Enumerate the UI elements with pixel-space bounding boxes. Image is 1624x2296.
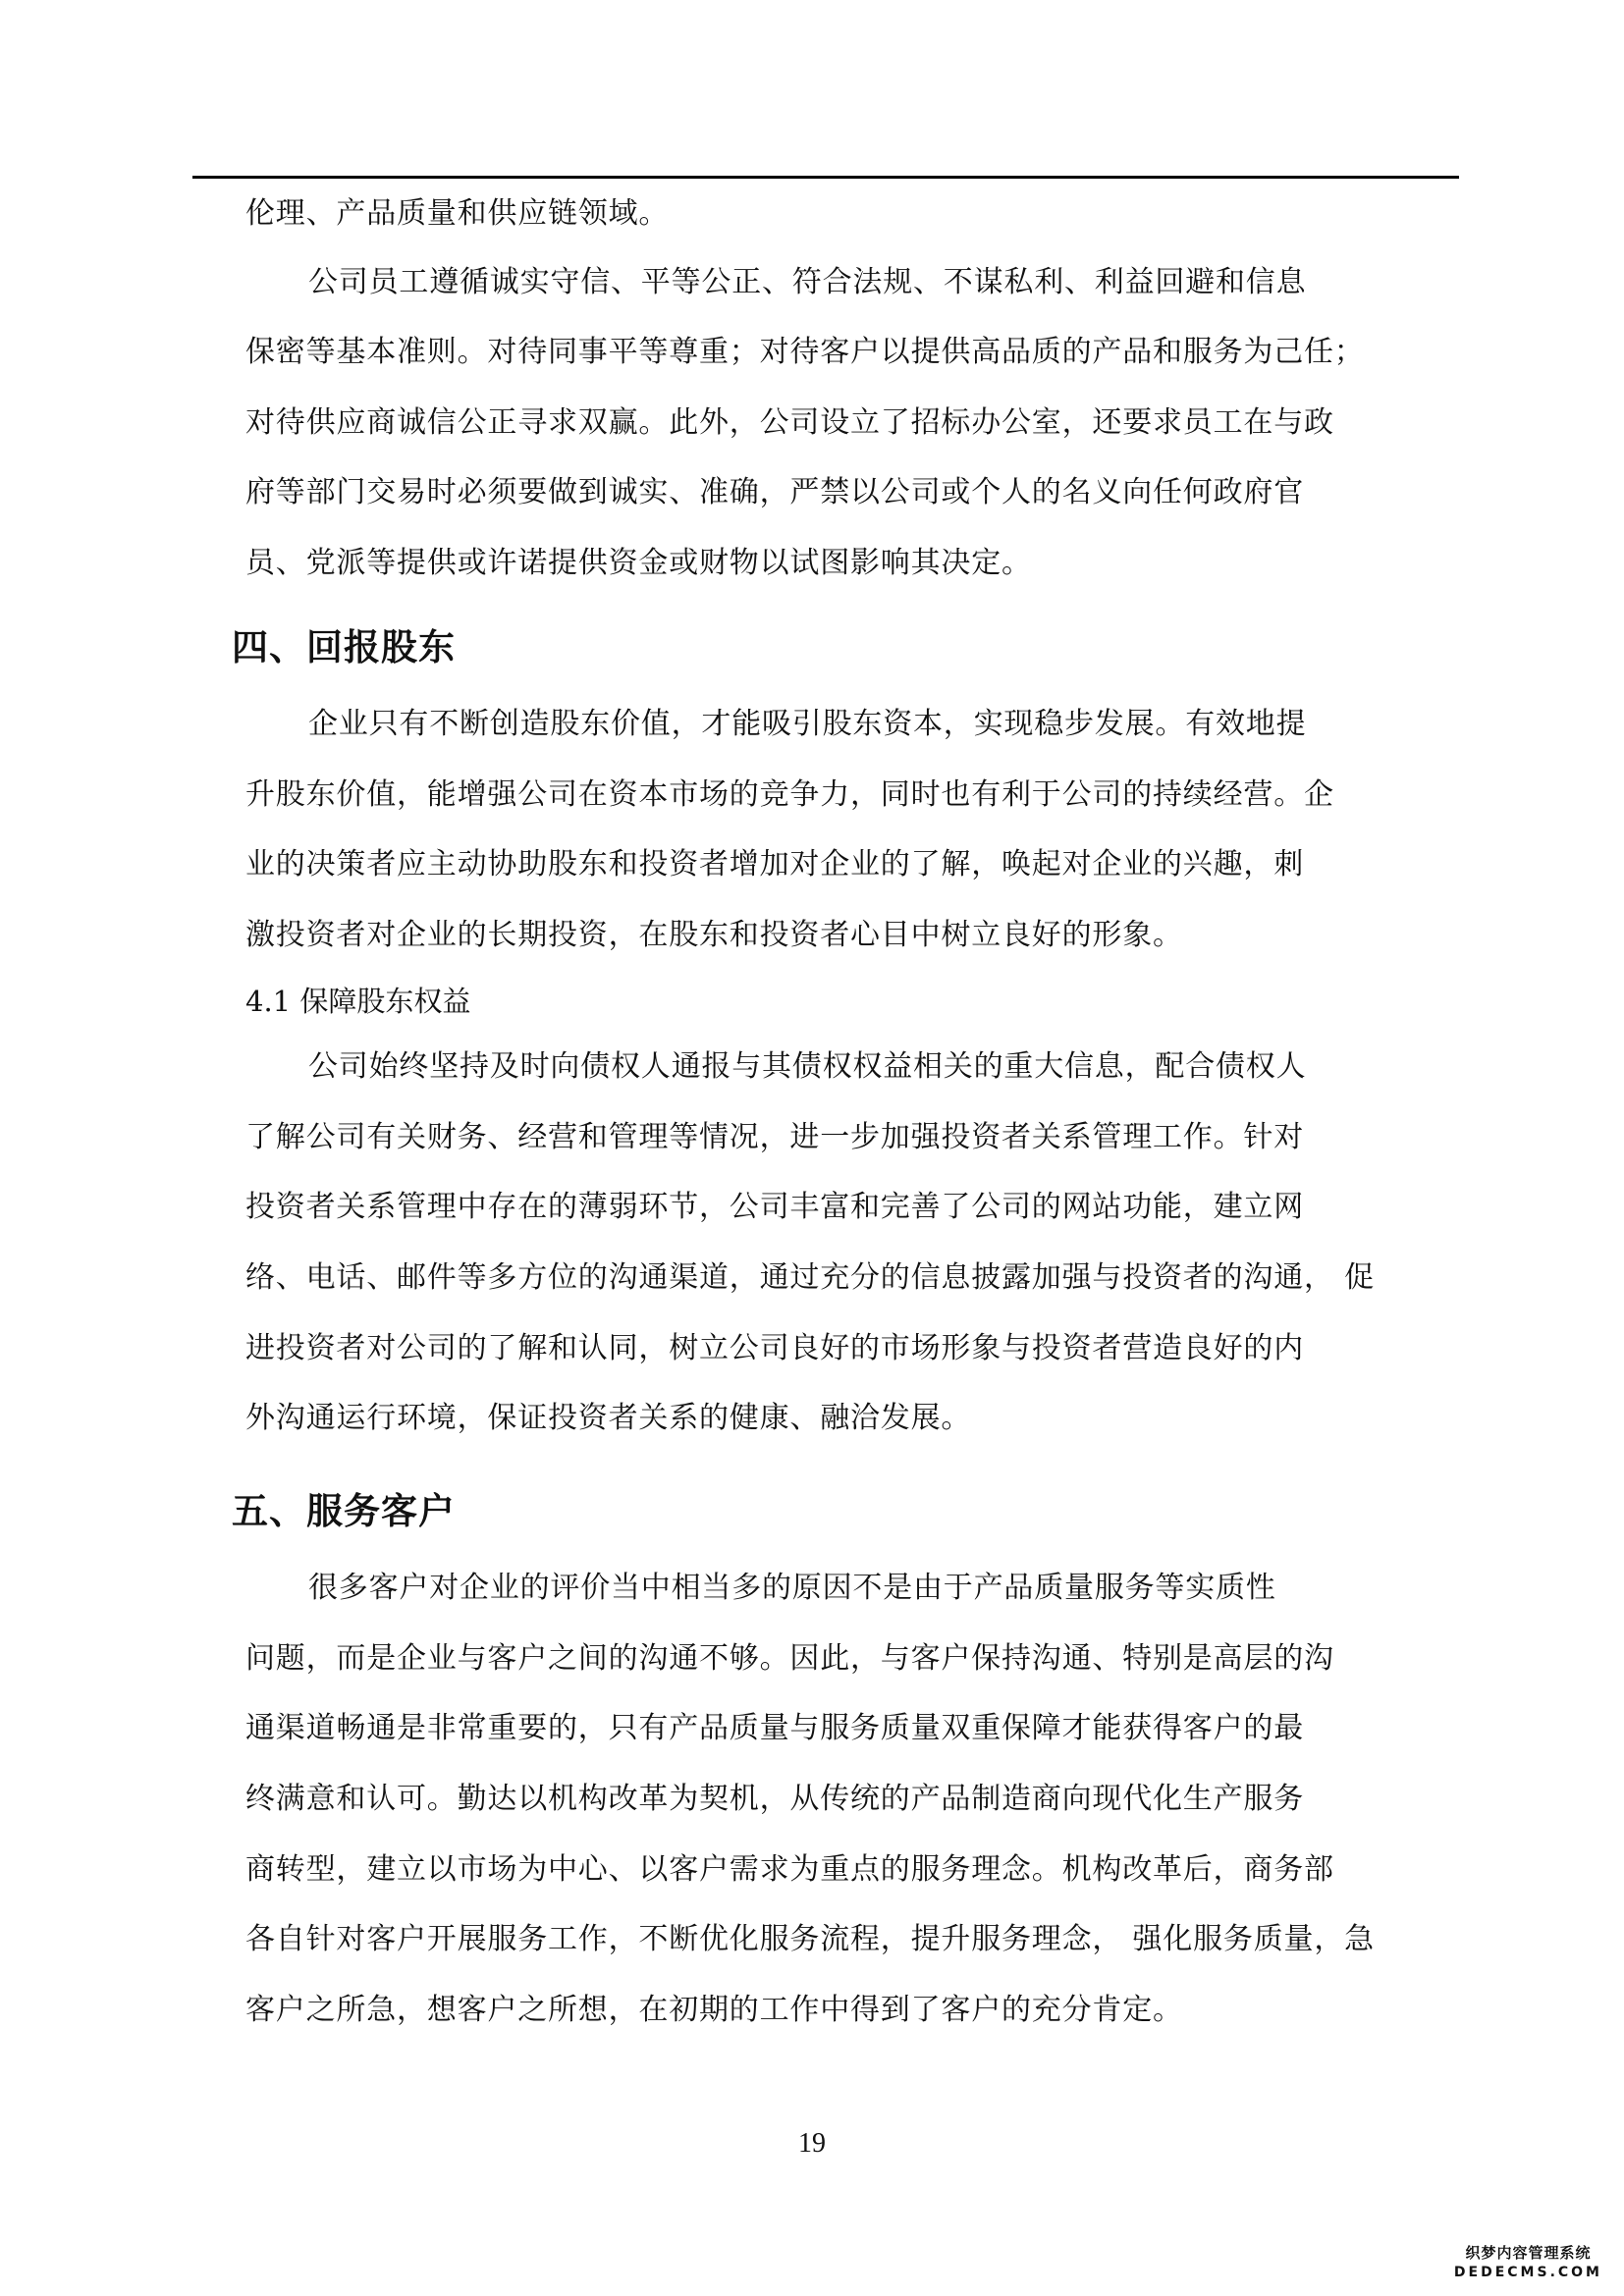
section-heading-4: 四、回报股东 xyxy=(232,626,456,669)
text-line: 对待供应商诚信公正寻求双赢。此外，公司设立了招标办公室，还要求员工在与政 xyxy=(245,403,1334,443)
text-line: 激投资者对企业的长期投资，在股东和投资者心目中树立良好的形象。 xyxy=(245,916,1183,955)
page-number: 19 xyxy=(0,2128,1624,2160)
text-line: 保密等基本准则。对待同事平等尊重；对待客户以提供高品质的产品和服务为己任； xyxy=(245,333,1365,372)
text-line: 府等部门交易时必须要做到诚实、准确，严禁以公司或个人的名义向任何政府官 xyxy=(245,473,1304,512)
text-line: 通渠道畅通是非常重要的，只有产品质量与服务质量双重保障才能获得客户的最 xyxy=(245,1709,1304,1748)
text-line: 公司员工遵循诚实守信、平等公正、符合法规、不谋私利、利益回避和信息 xyxy=(308,263,1306,302)
header-rule xyxy=(192,176,1459,179)
text-line: 各自针对客户开展服务工作，不断优化服务流程，提升服务理念， 强化服务质量，急 xyxy=(245,1920,1375,1959)
text-line: 伦理、产品质量和供应链领域。 xyxy=(245,194,669,234)
watermark: 织梦内容管理系统 DEDECMS.COM xyxy=(1454,2243,1602,2282)
text-line: 员、党派等提供或许诺提供资金或财物以试图影响其决定。 xyxy=(245,544,1032,583)
text-line: 外沟通运行环境，保证投资者关系的健康、融洽发展。 xyxy=(245,1399,971,1438)
text-line: 公司始终坚持及时向债权人通报与其债权权益相关的重大信息，配合债权人 xyxy=(308,1047,1306,1087)
text-line: 了解公司有关财务、经营和管理等情况，进一步加强投资者关系管理工作。针对 xyxy=(245,1118,1304,1157)
text-line: 商转型，建立以市场为中心、以客户需求为重点的服务理念。机构改革后，商务部 xyxy=(245,1850,1334,1890)
text-line: 很多客户对企业的评价当中相当多的原因不是由于产品质量服务等实质性 xyxy=(308,1569,1276,1608)
watermark-line-2: DEDECMS.COM xyxy=(1454,2263,1602,2282)
text-line: 终满意和认可。勤达以机构改革为契机，从传统的产品制造商向现代化生产服务 xyxy=(245,1780,1304,1819)
text-line: 企业只有不断创造股东价值，才能吸引股东资本，实现稳步发展。有效地提 xyxy=(308,705,1306,744)
section-heading-5: 五、服务客户 xyxy=(232,1490,456,1533)
text-line: 进投资者对公司的了解和认同，树立公司良好的市场形象与投资者营造良好的内 xyxy=(245,1329,1304,1368)
watermark-line-1: 织梦内容管理系统 xyxy=(1454,2243,1602,2263)
text-line: 问题，而是企业与客户之间的沟通不够。因此，与客户保持沟通、特别是高层的沟 xyxy=(245,1639,1334,1679)
text-line: 投资者关系管理中存在的薄弱环节，公司丰富和完善了公司的网站功能，建立网 xyxy=(245,1188,1304,1227)
text-line: 络、电话、邮件等多方位的沟通渠道，通过充分的信息披露加强与投资者的沟通， 促 xyxy=(245,1258,1375,1298)
text-line: 客户之所急，想客户之所想，在初期的工作中得到了客户的充分肯定。 xyxy=(245,1991,1183,2030)
subsection-heading-4-1: 4.1 保障股东权益 xyxy=(245,982,470,1021)
text-line: 升股东价值，能增强公司在资本市场的竞争力，同时也有利于公司的持续经营。企 xyxy=(245,775,1334,815)
text-line: 业的决策者应主动协助股东和投资者增加对企业的了解，唤起对企业的兴趣，刺 xyxy=(245,845,1304,884)
